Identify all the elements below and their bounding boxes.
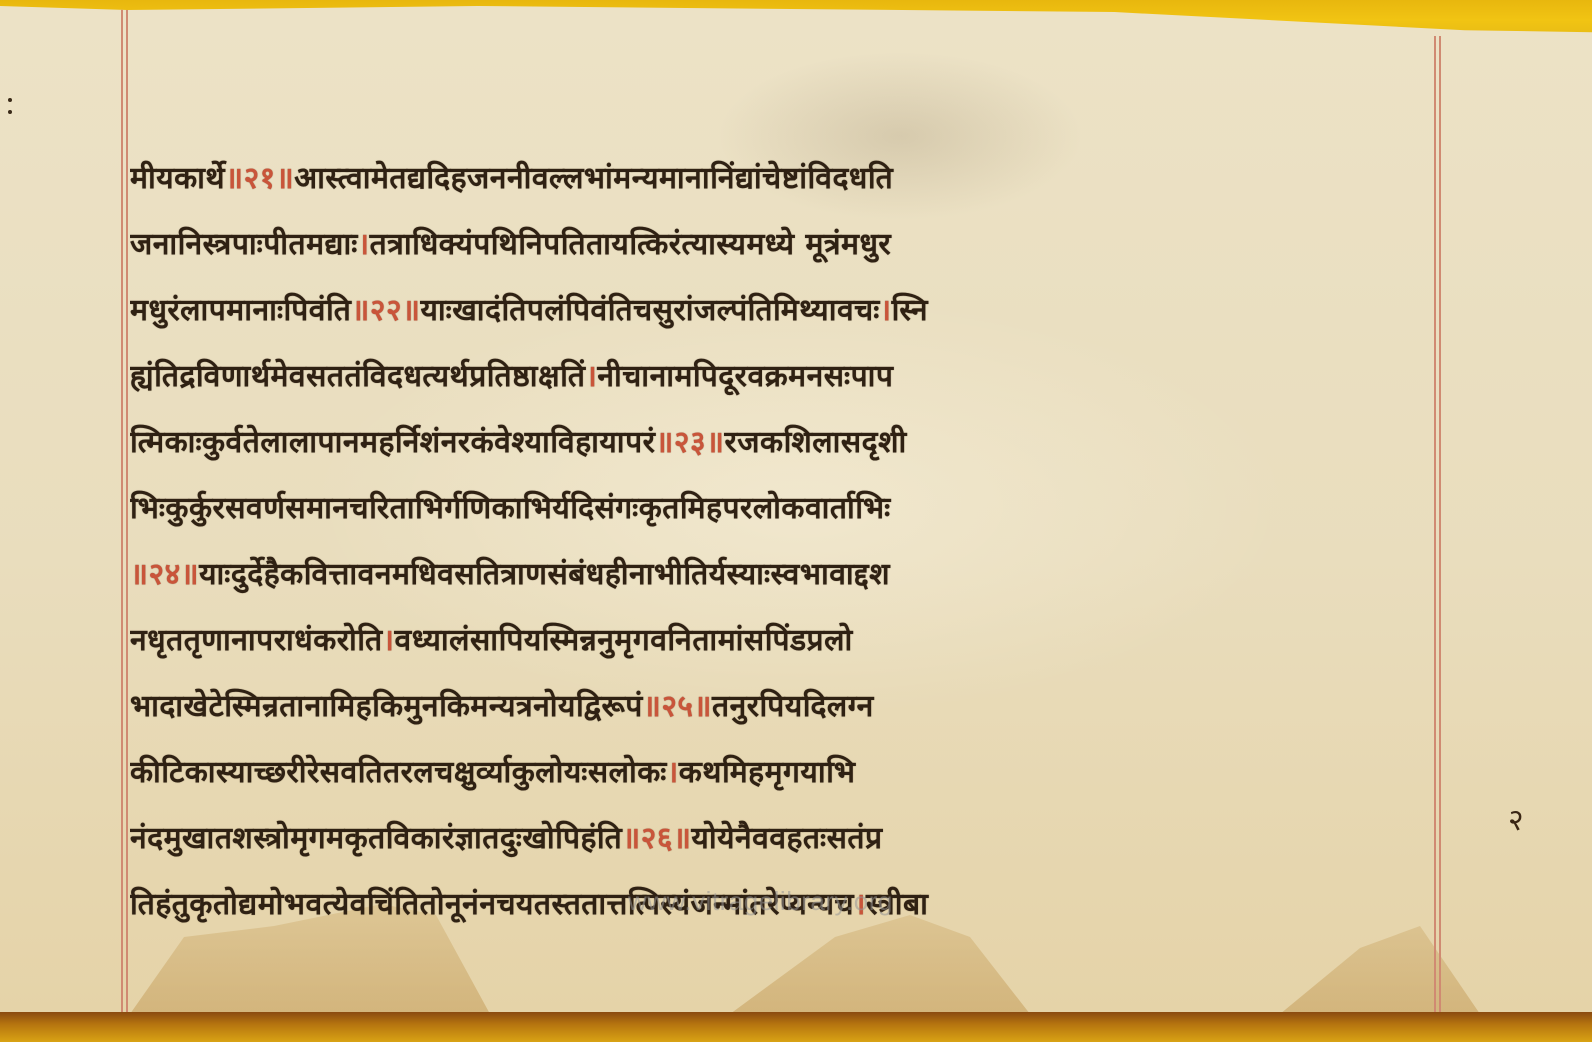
text-line: त्मिकाःकुर्वतेलालापानमहर्निशंनरकंवेश्याव… <box>130 410 1435 476</box>
text-segment: नंदमुखातशस्त्रोमृगमकृतविकारंज्ञातदुःखोपि… <box>130 821 622 856</box>
folio-number: २ <box>1508 798 1524 839</box>
text-line: भिःकुर्कुरसवर्णसमानचरिताभिर्गणिकाभिर्यदि… <box>130 476 1435 542</box>
text-segment: रजकशिलासदृशी <box>725 425 907 460</box>
text-line: मीयकार्थे॥२१॥आस्त्वामेतद्यदिहजननीवल्लभां… <box>130 146 1435 212</box>
right-margin-rule <box>1434 36 1441 1018</box>
text-segment: कथमिहमृगयाभि <box>679 755 856 790</box>
verse-marker: ॥२२॥ <box>351 293 420 328</box>
text-segment: योयेनैववहतःसतंप्र <box>691 821 882 856</box>
text-segment: आस्त्वामेतद्यदिहजननीवल्लभांमन्यमानानिंद्… <box>294 161 893 196</box>
text-line: नंदमुखातशस्त्रोमृगमकृतविकारंज्ञातदुःखोपि… <box>130 806 1435 872</box>
text-line: भादाखेटेस्मिन्रतानामिहकिमुनकिमन्यत्रनोयद… <box>130 674 1435 740</box>
text-segment: तनुरपियदिलग्न <box>712 689 874 724</box>
verse-marker: । <box>667 755 679 790</box>
text-segment: त्मिकाःकुर्वतेलालापानमहर्निशंनरकंवेश्याव… <box>130 425 655 460</box>
text-line: नधृततृणानापराधंकरोति।वध्यालंसापियस्मिन्न… <box>130 608 1435 674</box>
verse-marker: ॥२६॥ <box>622 821 691 856</box>
text-segment: मधुरंलापमानाःपिवंति <box>130 293 351 328</box>
text-segment: कीटिकास्याच्छरीरेसवतितरलचक्षुर्व्याकुलोय… <box>130 755 667 790</box>
text-line: जनानिस्त्रपाःपीतमद्याः।तत्राधिक्यंपथिनिप… <box>130 212 1435 278</box>
text-line: कीटिकास्याच्छरीरेसवतितरलचक्षुर्व्याकुलोय… <box>130 740 1435 806</box>
text-segment: नीचानामपिदूरवक्रमनसःपाप <box>597 359 893 394</box>
text-segment: जनानिस्त्रपाःपीतमद्याः <box>130 227 358 262</box>
verse-marker: ॥२१॥ <box>225 161 294 196</box>
text-segment: मीयकार्थे <box>130 161 225 196</box>
text-segment: भादाखेटेस्मिन्रतानामिहकिमुनकिमन्यत्रनोयद… <box>130 689 643 724</box>
text-segment: वध्यालंसापियस्मिन्ननुमृगवनितामांसपिंडप्र… <box>395 623 853 658</box>
verse-marker: । <box>585 359 597 394</box>
text-line: ॥२४॥याःदुर्देहैकवित्तावनमधिवसतित्राणसंबं… <box>130 542 1435 608</box>
manuscript-folio: मीयकार्थे॥२१॥आस्त्वामेतद्यदिहजननीवल्लभां… <box>0 6 1592 1014</box>
verse-marker: ॥२५॥ <box>643 689 712 724</box>
text-segment: ह्यंतिद्रविणार्थमेवसततंविदधत्यर्थप्रतिष्… <box>130 359 585 394</box>
cloth-bottom-edge <box>0 1012 1592 1042</box>
verse-marker: । <box>383 623 395 658</box>
text-segment: भिःकुर्कुरसवर्णसमानचरिताभिर्गणिकाभिर्यदि… <box>130 491 891 526</box>
margin-dots <box>8 98 12 122</box>
verse-marker: । <box>358 227 370 262</box>
manuscript-text-block: मीयकार्थे॥२१॥आस्त्वामेतद्यदिहजननीवल्लभां… <box>130 146 1435 938</box>
verse-marker: । <box>880 293 892 328</box>
text-segment: याःखादंतिपलंपिवंतिचसुरांजल्पंतिमिथ्यावचः <box>421 293 880 328</box>
text-segment: तत्राधिक्यंपथिनिपतितायत्किरंत्यास्यमध्ये… <box>370 227 892 262</box>
text-segment: नधृततृणानापराधंकरोति <box>130 623 383 658</box>
left-margin-rule <box>121 6 128 1018</box>
text-line: मधुरंलापमानाःपिवंति॥२२॥याःखादंतिपलंपिवंत… <box>130 278 1435 344</box>
text-segment: स्नि <box>892 293 928 328</box>
text-segment: याःदुर्देहैकवित्तावनमधिवसतित्राणसंबंधहीन… <box>199 557 890 592</box>
verse-marker: ॥२४॥ <box>130 557 199 592</box>
watermark: www.vitragelibrary.org <box>628 886 893 917</box>
verse-marker: ॥२३॥ <box>655 425 724 460</box>
text-line: ह्यंतिद्रविणार्थमेवसततंविदधत्यर्थप्रतिष्… <box>130 344 1435 410</box>
